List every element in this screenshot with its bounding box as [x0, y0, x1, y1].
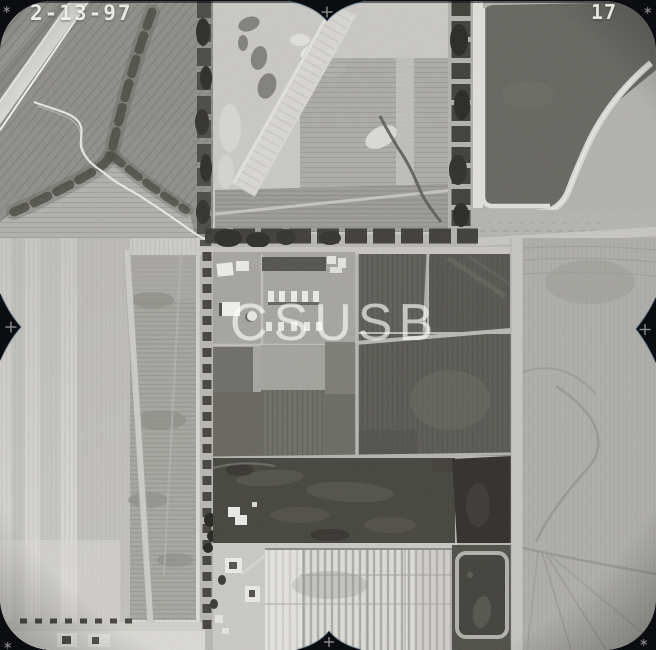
corner-mark-icon: *: [640, 636, 648, 650]
corner-mark-icon: *: [644, 4, 652, 22]
photo-frame: * * * * 2-13-97 17 CSUSB: [0, 0, 656, 650]
corner-mark-icon: *: [4, 639, 12, 650]
frame-number: 17: [591, 0, 617, 24]
corner-mark-icon: *: [3, 3, 11, 21]
csusb-watermark: CSUSB: [230, 293, 439, 353]
date-stamp: 2-13-97: [30, 1, 133, 25]
